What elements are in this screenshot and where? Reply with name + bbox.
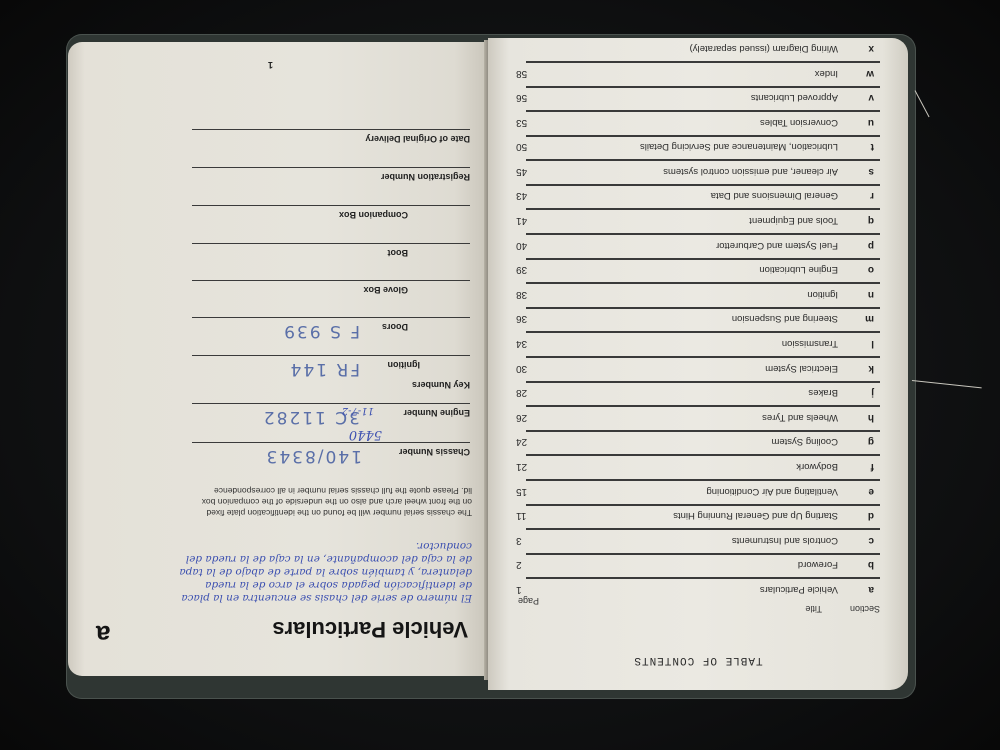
toc-section-letter: x — [868, 43, 874, 54]
page-table-of-contents: TABLE OF CONTENTS Section Title Page a V… — [488, 38, 908, 690]
engine-annotation-date: 11-7-2 — [342, 405, 374, 416]
field-label: Engine Number — [403, 408, 470, 418]
toc-entry: j Brakes 28 — [526, 381, 880, 406]
toc-page-number: 38 — [516, 289, 527, 300]
column-header-title: Title — [805, 604, 822, 614]
toc-entry: n Ignition 38 — [526, 282, 880, 307]
toc-entry-title: Ignition — [807, 289, 838, 300]
toc-entry-title: Lubrication, Maintenance and Servicing D… — [640, 141, 838, 152]
toc-page-number: 28 — [516, 387, 527, 398]
toc-entry: h Wheels and Tyres 26 — [526, 405, 880, 430]
toc-entry: r General Dimensions and Data 43 — [526, 184, 880, 209]
toc-entry: c Controls and Instruments 3 — [526, 528, 880, 553]
toc-section-letter: h — [868, 412, 874, 423]
toc-section-letter: w — [866, 68, 874, 79]
toc-page-number: 1 — [516, 584, 522, 595]
field-doors: Doors F S 939 — [192, 317, 470, 356]
toc-page-number: 3 — [516, 535, 522, 546]
toc-entry-title: General Dimensions and Data — [711, 191, 838, 202]
field-value: FR 144 — [289, 359, 360, 379]
toc-entry-title: Starting Up and General Running Hints — [673, 510, 838, 521]
field-value: F S 939 — [282, 321, 360, 341]
toc-page-number: 39 — [516, 264, 527, 275]
loose-thread — [915, 90, 930, 117]
toc-section-letter: p — [868, 240, 874, 251]
toc-entry-title: Bodywork — [796, 461, 838, 472]
toc-entry-title: Approved Lubricants — [751, 92, 838, 103]
toc-page-number: 43 — [516, 191, 527, 202]
toc-entry: x Wiring Diagram (issued separately) — [526, 38, 880, 61]
toc-section-letter: n — [868, 289, 874, 300]
toc-entry-title: Index — [815, 68, 838, 79]
toc-entry: w Index 58 — [526, 61, 880, 86]
field-ignition: Ignition FR 144 — [192, 355, 470, 396]
toc-entry: t Lubrication, Maintenance and Servicing… — [526, 135, 880, 160]
toc-entry-title: Foreword — [798, 559, 838, 570]
field-companion-box: Companion Box — [192, 205, 470, 244]
field-label: Doors — [382, 322, 408, 332]
field-registration-number: Registration Number — [192, 167, 470, 206]
toc-entry-title: Wiring Diagram (issued separately) — [690, 43, 838, 54]
toc-page-number: 11 — [516, 510, 526, 521]
toc-page-number: 40 — [516, 240, 527, 251]
toc-section-letter: v — [868, 92, 874, 103]
toc-entry: k Electrical System 30 — [526, 356, 880, 381]
toc-entry-title: Controls and Instruments — [732, 535, 838, 546]
column-header-section: Section — [850, 604, 880, 614]
section-letter: a — [96, 619, 110, 650]
toc-entry-title: Fuel System and Carburettor — [716, 240, 838, 251]
field-label: Chassis Number — [399, 447, 470, 457]
toc-list: a Vehicle Particulars 1 b Foreword 2 c C… — [526, 38, 880, 602]
field-value: 140/8343 — [265, 446, 362, 466]
toc-heading: TABLE OF CONTENTS — [488, 654, 908, 666]
toc-entry-title: Ventilating and Air Conditioning — [706, 486, 838, 497]
chassis-note: The chassis serial number will be found … — [197, 485, 472, 518]
page-content-upside-down: TABLE OF CONTENTS Section Title Page a V… — [488, 38, 908, 690]
toc-section-letter: g — [868, 436, 874, 447]
toc-section-letter: c — [868, 535, 874, 546]
toc-section-letter: u — [868, 117, 874, 128]
field-boot: Boot — [192, 243, 470, 281]
toc-entry: v Approved Lubricants 56 — [526, 86, 880, 111]
toc-entry: e Ventilating and Air Conditioning 15 — [526, 479, 880, 504]
field-label: Companion Box — [339, 210, 408, 220]
toc-section-letter: b — [868, 559, 874, 570]
toc-entry-title: Brakes — [808, 387, 838, 398]
toc-section-letter: t — [871, 141, 874, 152]
toc-entry-title: Conversion Tables — [760, 117, 838, 128]
field-label: Glove Box — [363, 285, 408, 295]
toc-entry-title: Vehicle Particulars — [760, 584, 838, 595]
toc-entry-title: Cooling System — [771, 436, 838, 447]
field-chassis-number: Chassis Number 140/8343 — [192, 442, 470, 471]
toc-page-number: 36 — [516, 313, 527, 324]
toc-page-number: 34 — [516, 338, 527, 349]
toc-entry-title: Engine Lubrication — [759, 264, 838, 275]
field-date-of-original-delivery: Date of Original Delivery — [192, 129, 470, 168]
toc-page-number: 56 — [516, 92, 527, 103]
toc-page-number: 24 — [516, 436, 527, 447]
handwritten-note: El número de serie del chasis se encuent… — [172, 539, 472, 604]
toc-entry: u Conversion Tables 53 — [526, 110, 880, 135]
toc-entry-title: Air cleaner, and emission control system… — [663, 166, 838, 177]
toc-page-number: 53 — [516, 117, 527, 128]
toc-entry-title: Electrical System — [765, 363, 838, 374]
toc-section-letter: d — [868, 510, 874, 521]
field-label: Ignition — [388, 360, 421, 370]
toc-entry: l Transmission 34 — [526, 331, 880, 356]
toc-entry: p Fuel System and Carburettor 40 — [526, 233, 880, 258]
page-content-upside-down: Vehicle Particulars a El número de serie… — [68, 42, 488, 676]
toc-page-number: 58 — [516, 68, 527, 79]
field-label: Registration Number — [381, 172, 470, 182]
toc-section-letter: q — [868, 215, 874, 226]
toc-section-letter: e — [868, 486, 874, 497]
field-engine-number: 5440 Engine Number 3C 11282 11-7-2 — [192, 403, 470, 438]
toc-entry-title: Steering and Suspension — [732, 313, 838, 324]
toc-entry: d Starting Up and General Running Hints … — [526, 504, 880, 529]
toc-entry: q Tools and Equipment 41 — [526, 209, 880, 234]
toc-page-number: 41 — [516, 215, 527, 226]
field-label: Date of Original Delivery — [365, 134, 470, 144]
toc-page-number: 2 — [516, 559, 522, 570]
toc-section-letter: o — [868, 264, 874, 275]
page-title: Vehicle Particulars — [272, 616, 468, 642]
toc-page-number: 26 — [516, 412, 527, 423]
engine-annotation: 5440 — [349, 427, 382, 442]
toc-entry: a Vehicle Particulars 1 — [526, 577, 880, 602]
toc-section-letter: a — [868, 584, 874, 595]
toc-entry-title: Wheels and Tyres — [762, 412, 838, 423]
toc-entry-title: Transmission — [782, 338, 838, 349]
toc-section-letter: s — [868, 166, 874, 177]
toc-page-number: 30 — [516, 363, 527, 374]
page-number: 1 — [268, 60, 273, 70]
page-vehicle-particulars: Vehicle Particulars a El número de serie… — [68, 42, 488, 676]
loose-thread — [912, 380, 982, 388]
toc-entry-title: Tools and Equipment — [749, 215, 838, 226]
toc-section-letter: m — [865, 313, 874, 324]
toc-entry: f Bodywork 21 — [526, 454, 880, 479]
toc-entry: b Foreword 2 — [526, 553, 880, 578]
toc-section-letter: j — [871, 387, 874, 398]
toc-page-number: 50 — [516, 141, 527, 152]
toc-entry: m Steering and Suspension 36 — [526, 307, 880, 332]
toc-page-number: 45 — [516, 166, 527, 177]
toc-entry: g Cooling System 24 — [526, 430, 880, 455]
toc-section-letter: l — [871, 338, 874, 349]
toc-page-number: 21 — [516, 461, 527, 472]
toc-section-letter: f — [871, 461, 874, 472]
field-glove-box: Glove Box — [192, 280, 470, 318]
toc-page-number: 15 — [516, 486, 527, 497]
toc-section-letter: k — [868, 363, 874, 374]
toc-entry: o Engine Lubrication 39 — [526, 258, 880, 283]
toc-section-letter: r — [870, 191, 874, 202]
toc-entry: s Air cleaner, and emission control syst… — [526, 159, 880, 184]
field-label: Boot — [388, 248, 409, 258]
